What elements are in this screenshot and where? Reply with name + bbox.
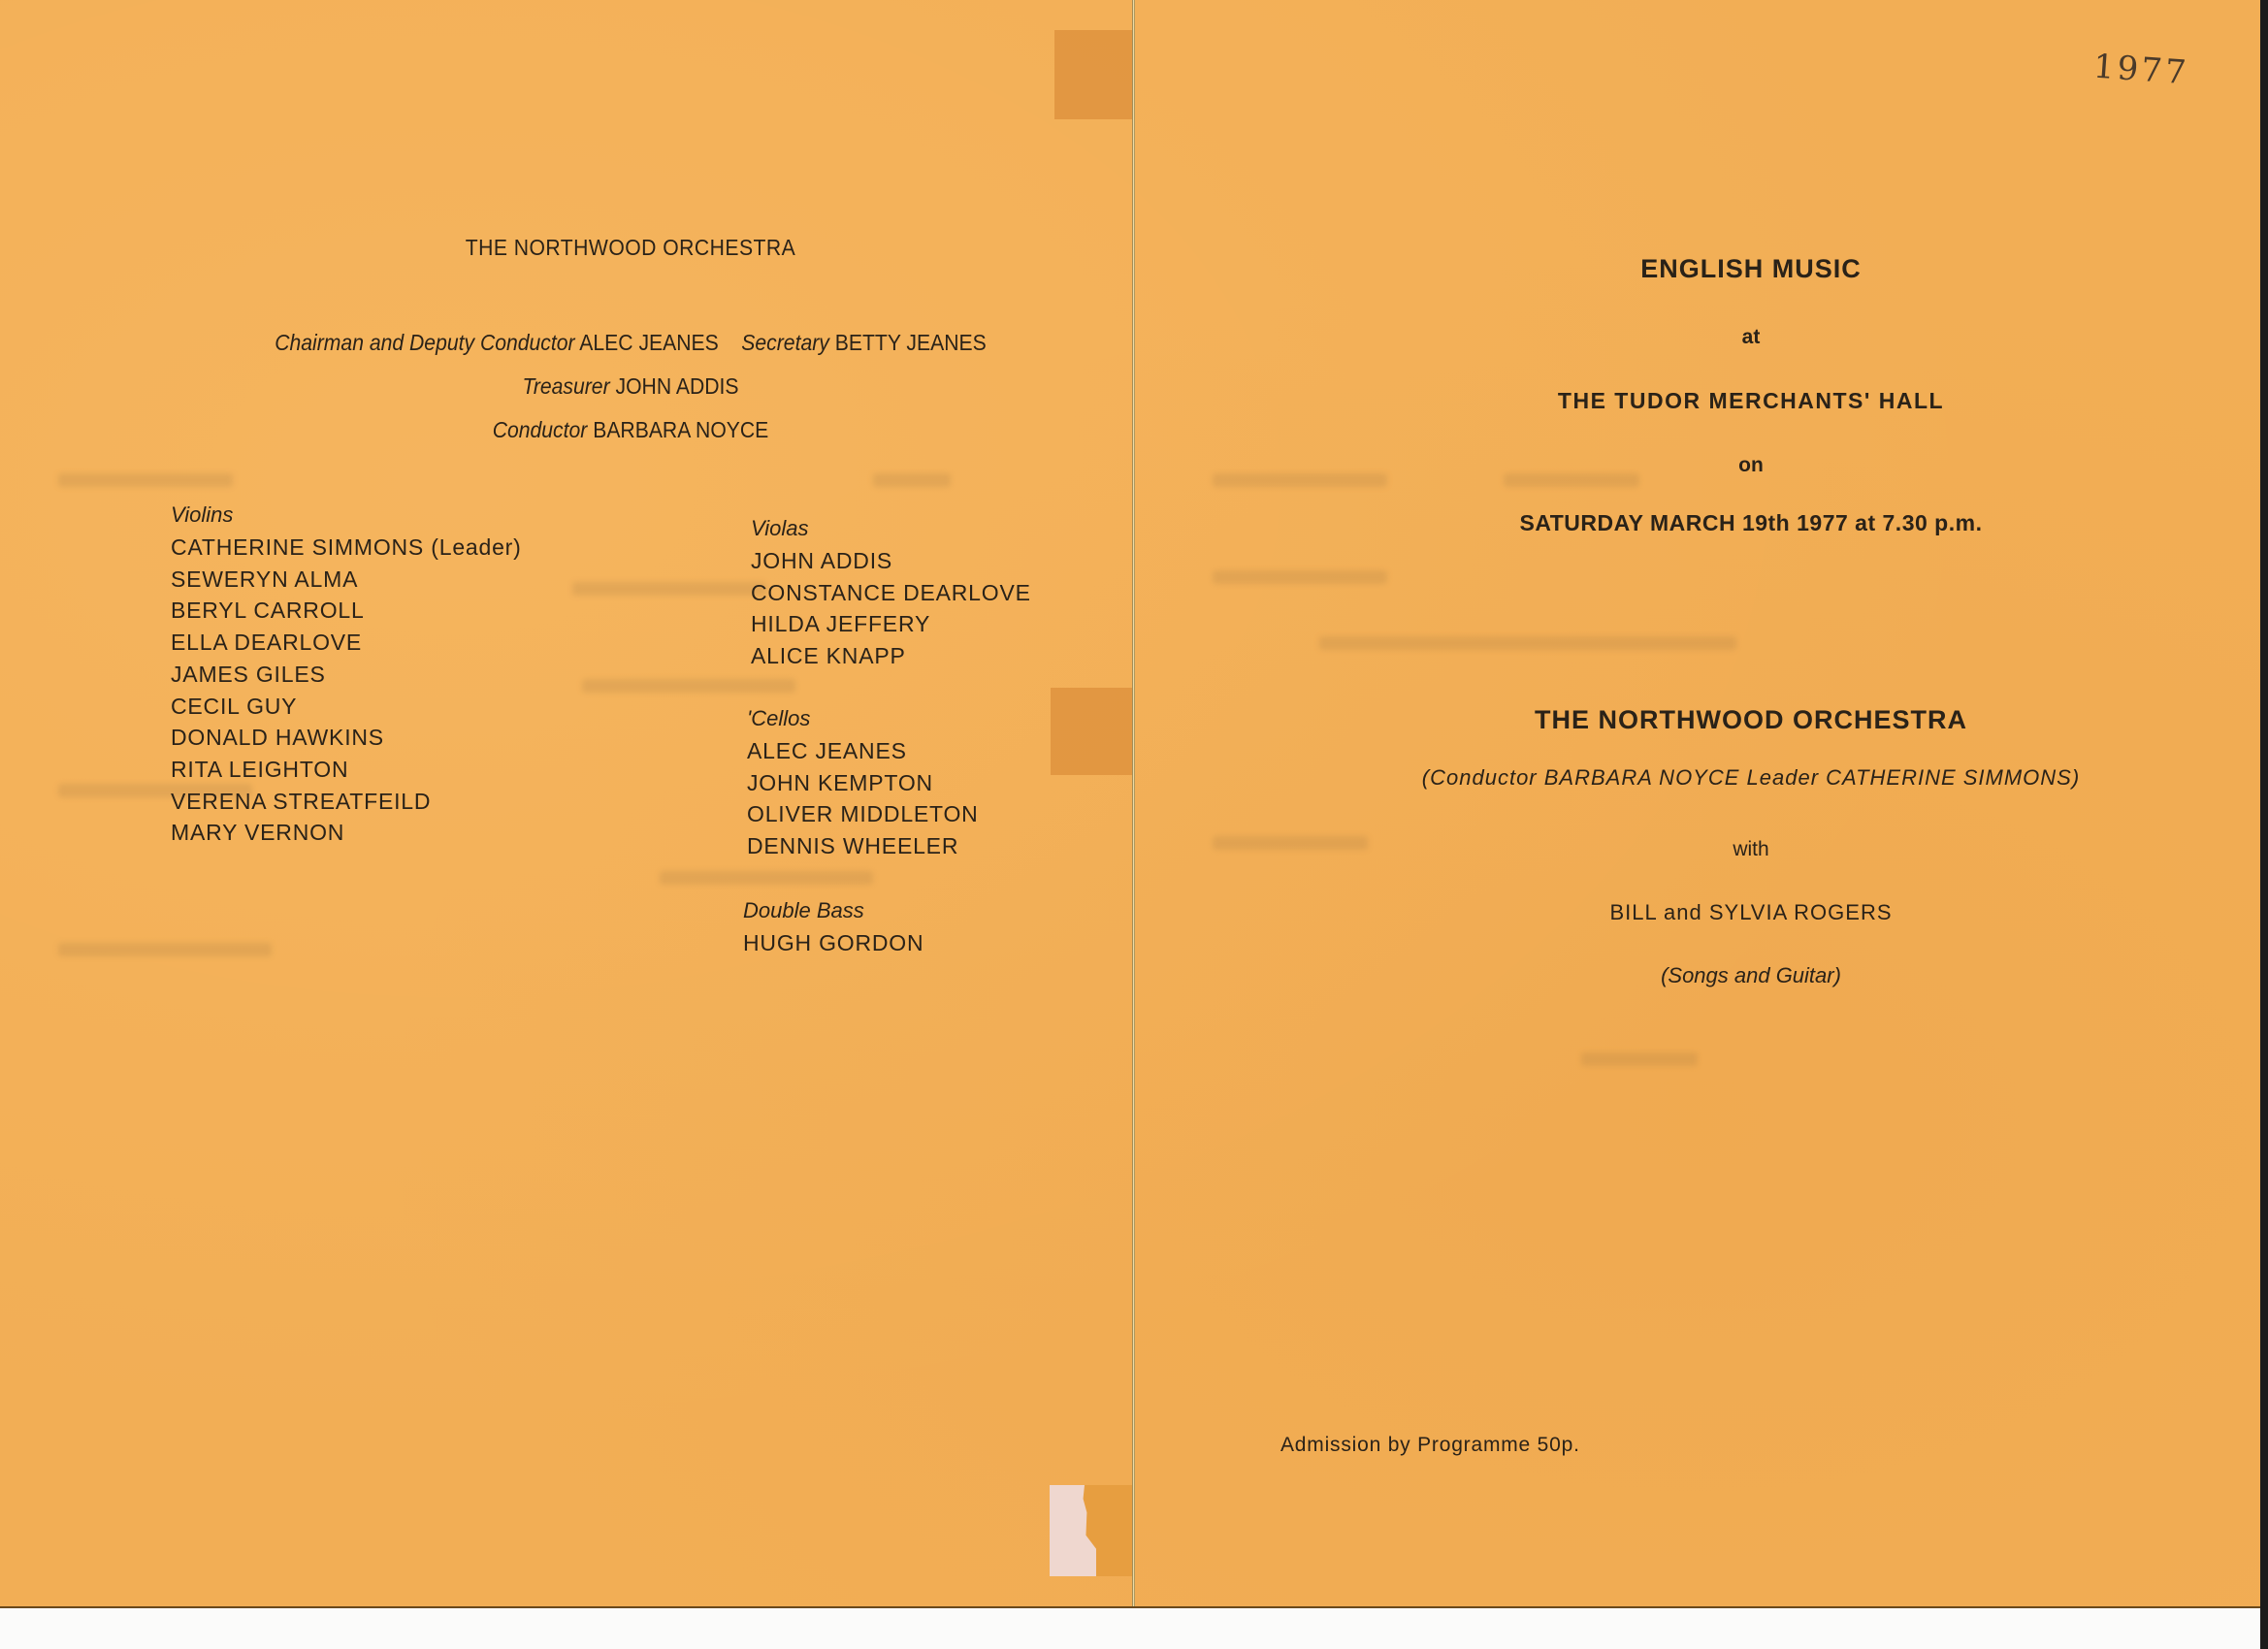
member-name: JOHN KEMPTON (747, 767, 979, 799)
officer-name: JOHN ADDIS (616, 373, 739, 399)
officer-role: Conductor (493, 417, 588, 442)
right-page (1135, 0, 2260, 1606)
member-name: CATHERINE SIMMONS (Leader) (171, 532, 522, 564)
member-name: ALEC JEANES (747, 735, 979, 767)
member-name: CECIL GUY (171, 691, 522, 723)
handwritten-year: 1977 (2092, 48, 2190, 93)
admission-note: Admission by Programme 50p. (1280, 1434, 1580, 1457)
venue: THE TUDOR MERCHANTS' HALL (1232, 388, 2268, 414)
member-name: SEWERYN ALMA (171, 564, 522, 596)
member-name: CONSTANCE DEARLOVE (751, 577, 1031, 609)
section-double-bass: Double Bass HUGH GORDON (743, 898, 923, 959)
officer-role: Chairman and Deputy Conductor (275, 330, 574, 355)
section-cellos: 'Cellos ALEC JEANESJOHN KEMPTONOLIVER MI… (747, 706, 979, 862)
section-violas: Violas JOHN ADDISCONSTANCE DEARLOVEHILDA… (751, 516, 1031, 672)
member-name: RITA LEIGHTON (171, 754, 522, 786)
programme-sheet: THE NORTHWOOD ORCHESTRA Chairman and Dep… (0, 0, 2260, 1608)
member-name: DENNIS WHEELER (747, 830, 979, 862)
member-name: VERENA STREATFEILD (171, 786, 522, 818)
member-name: BERYL CARROLL (171, 595, 522, 627)
member-name: DONALD HAWKINS (171, 722, 522, 754)
soloists-note: (Songs and Guitar) (1232, 963, 2268, 988)
officer-name: BARBARA NOYCE (593, 417, 768, 442)
left-page: THE NORTHWOOD ORCHESTRA Chairman and Dep… (0, 0, 1132, 1606)
section-title: Violas (751, 516, 1031, 541)
concert-date: SATURDAY MARCH 19th 1977 at 7.30 p.m. (1232, 510, 2268, 536)
member-name: ALICE KNAPP (751, 640, 1031, 672)
officers-line-2: Treasurer JOHN ADDIS (50, 373, 1211, 400)
member-name: HILDA JEFFERY (751, 608, 1031, 640)
section-title: 'Cellos (747, 706, 979, 731)
officer-name: ALEC JEANES (579, 330, 718, 355)
section-violins: Violins CATHERINE SIMMONS (Leader)SEWERY… (171, 502, 522, 849)
officers-line-3: Conductor BARBARA NOYCE (50, 417, 1211, 443)
section-title: Violins (171, 502, 522, 528)
officer-role: Treasurer (522, 373, 609, 399)
connector-on: on (1232, 454, 2268, 477)
member-name: ELLA DEARLOVE (171, 627, 522, 659)
officer-name: BETTY JEANES (835, 330, 987, 355)
member-name: MARY VERNON (171, 817, 522, 849)
conductor-leader-line: (Conductor BARBARA NOYCE Leader CATHERIN… (1232, 765, 2268, 791)
officers-line-1: Chairman and Deputy Conductor ALEC JEANE… (50, 330, 1211, 356)
orchestra-name: THE NORTHWOOD ORCHESTRA (1232, 705, 2268, 735)
section-title: Double Bass (743, 898, 923, 923)
member-name: OLIVER MIDDLETON (747, 798, 979, 830)
member-name: JAMES GILES (171, 659, 522, 691)
connector-at: at (1232, 326, 2268, 349)
officer-role: Secretary (741, 330, 829, 355)
concert-title: ENGLISH MUSIC (1232, 254, 2268, 284)
soloists: BILL and SYLVIA ROGERS (1232, 900, 2268, 925)
orchestra-heading: THE NORTHWOOD ORCHESTRA (50, 235, 1211, 261)
connector-with: with (1232, 838, 2268, 861)
member-name: HUGH GORDON (743, 927, 923, 959)
scanner-edge (2260, 0, 2268, 1649)
member-name: JOHN ADDIS (751, 545, 1031, 577)
